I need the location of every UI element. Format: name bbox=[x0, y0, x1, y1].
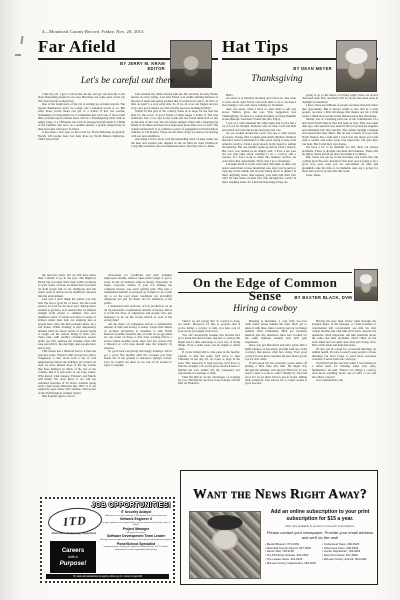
itd-job-list: IT Security Analyst Administer security … bbox=[100, 511, 172, 553]
hat-tips-column-section: Hat Tips BY DEAN MEYER Thanksgiving Hell… bbox=[222, 38, 378, 272]
itd-logo-caption: Information Technology Department bbox=[46, 533, 102, 536]
news-ad-headline: Want the News Right Away? bbox=[181, 487, 379, 501]
online-subscription-ad: Want the News Right Away? Add an online … bbox=[180, 470, 378, 585]
hat-tips-headline: Thanksgiving bbox=[222, 74, 332, 84]
itd-careers-ad: JOB OPPORTUNITIES! ITD Information Techn… bbox=[40, 497, 175, 583]
dean-meyer-portrait bbox=[336, 40, 377, 92]
header-rule bbox=[178, 292, 352, 293]
common-sense-headline: Hiring a cowboy bbox=[178, 304, 352, 314]
job-listing: PowerSchool Specialist Implementation, t… bbox=[100, 543, 172, 551]
job-listing: Project Manager Manage IT projects bbox=[100, 528, 172, 534]
newspaper-list-column: • Beulah Beacon, 873-4381• Mountrail Cou… bbox=[265, 543, 318, 566]
job-listing: Network Engineer II Design, implement & … bbox=[100, 518, 172, 526]
common-sense-section: On the Edge of Common Sense BY BAXTER BL… bbox=[178, 272, 378, 462]
newspaper-list-column: • Underwood News, 462-8126• Velva Area V… bbox=[322, 543, 375, 566]
article-text-column: going to go to the dance on Friday night… bbox=[302, 94, 378, 270]
far-afield-headline: Let's be careful out there bbox=[38, 76, 218, 86]
hat-tips-byline: BY DEAN MEYER bbox=[250, 66, 332, 71]
margin-mark bbox=[15, 54, 21, 56]
careers-with-purpose-box: Careers with a Purpose! bbox=[50, 541, 96, 573]
itd-ad-headline: JOB OPPORTUNITIES! bbox=[88, 502, 174, 509]
page-folio: 4—Mountrail County Record, Friday, Nov. … bbox=[42, 29, 143, 34]
subscription-offer: Add an online subscription to your print… bbox=[265, 509, 375, 522]
job-listing: IT Security Analyst Administer security … bbox=[100, 511, 172, 517]
article-text-column: the last few years, but we still have mo… bbox=[38, 274, 96, 490]
common-sense-byline: BY BAXTER BLACK, DVM bbox=[268, 295, 352, 300]
article-text-column: folk wisdom my father shared with me. He… bbox=[131, 93, 218, 272]
article-text-column: allowances for conditions and don't pena… bbox=[104, 274, 172, 478]
offer-fine-print: Offer only available to current or new p… bbox=[265, 524, 375, 528]
article-text-column: I like my job. I get to tell stories all… bbox=[38, 93, 125, 272]
news-ad-copy: Add an online subscription to your print… bbox=[265, 509, 375, 565]
article-text-column: There's an old saying that 'A cowboy is … bbox=[178, 320, 240, 458]
article-text-column: Housing is furnished, a cozy little two-… bbox=[245, 320, 307, 458]
frustrated-reader-photo bbox=[189, 511, 261, 579]
article-text-column: Having the new man follow pulls through … bbox=[312, 320, 376, 458]
far-afield-byline: BY JERRY M. KRAM EDITOR bbox=[93, 61, 165, 72]
header-rule bbox=[178, 272, 352, 273]
article-text-column: Hello,As usual, it is Monday morning and… bbox=[222, 94, 296, 270]
newspaper-phone-list: • Beulah Beacon, 873-4381• Mountrail Cou… bbox=[265, 543, 375, 566]
job-listing: Software Development Team Leader Manage … bbox=[100, 535, 172, 541]
itd-ad-footer: To view all vacancies & apply online go … bbox=[46, 574, 169, 579]
baxter-black-portrait bbox=[354, 269, 378, 301]
offer-instructions: Please contact your newspaper. Provide y… bbox=[265, 530, 375, 540]
